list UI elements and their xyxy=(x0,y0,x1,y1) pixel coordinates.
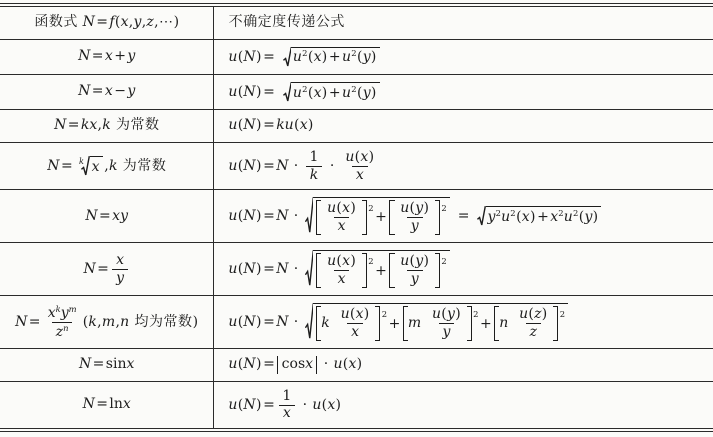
math-expression: N=xy xyxy=(83,261,129,277)
function-cell: N=x+y xyxy=(0,39,214,74)
header-row: 函数式 N=f(x,y,z,⋯) 不确定度传递公式 xyxy=(0,5,713,39)
function-cell: N= kx,k 为常数 xyxy=(0,142,214,189)
square-root-symbol xyxy=(305,197,314,235)
function-cell: N=kx,k 为常数 xyxy=(0,110,214,143)
math-expression: N= kx,k 为常数 xyxy=(47,158,166,174)
math-expression: N=xkymzn(k,m,n 均为常数) xyxy=(15,314,198,330)
math-expression: N=kx,k 为常数 xyxy=(54,117,159,133)
table-row: N=x+yu(N)= u2(x)+u2(y) xyxy=(0,39,713,74)
table-row: N=xkymzn(k,m,n 均为常数)u(N)=N · k u(x)x2+m … xyxy=(0,296,713,349)
table-row: N=lnxu(N)=1x · u(x) xyxy=(0,381,713,430)
formula-cell: u(N)=N · u(x)x2+u(y)y2 xyxy=(214,243,713,296)
table-row: N= kx,k 为常数u(N)=N · 1k · u(x)x xyxy=(0,142,713,189)
formula-cell: u(N)=N · k u(x)x2+m u(y)y2+n u(z)z2 xyxy=(214,296,713,349)
table-header: 函数式 N=f(x,y,z,⋯) 不确定度传递公式 xyxy=(0,5,713,39)
function-cell: N=xy xyxy=(0,243,214,296)
math-expression: u(N)= u2(x)+u2(y) xyxy=(228,49,381,65)
function-cell: N=lnx xyxy=(0,381,214,430)
formula-cell: u(N)= u2(x)+u2(y) xyxy=(214,39,713,74)
formula-cell: u(N)=1x · u(x) xyxy=(214,381,713,430)
table-row: N=kx,k 为常数u(N)=ku(x) xyxy=(0,110,713,143)
math-expression: u(N)=N · u(x)x2+u(y)y2 xyxy=(228,261,451,277)
formula-cell: u(N)=N · u(x)x2+u(y)y2 = y2u2(x)+x2u2(y) xyxy=(214,190,713,243)
math-expression: u(N)=1x · u(x) xyxy=(228,397,341,413)
math-expression: 函数式 N=f(x,y,z,⋯) xyxy=(34,14,179,30)
table-row: N=xyu(N)=N · u(x)x2+u(y)y2 = y2u2(x)+x2u… xyxy=(0,190,713,243)
square-root-symbol xyxy=(477,206,486,226)
formula-cell: u(N)=cosx · u(x) xyxy=(214,349,713,382)
square-root-symbol xyxy=(305,250,314,288)
function-cell: N=x−y xyxy=(0,74,214,109)
math-expression: N=x−y xyxy=(78,83,135,99)
math-expression: u(N)=ku(x) xyxy=(228,117,313,133)
function-cell: N=xy xyxy=(0,190,214,243)
header-formula-column: 不确定度传递公式 xyxy=(214,5,713,39)
formula-cell: u(N)= u2(x)+u2(y) xyxy=(214,74,713,109)
math-expression: N=sinx xyxy=(79,356,134,372)
square-root-symbol xyxy=(283,82,292,102)
function-cell: N=sinx xyxy=(0,349,214,382)
formula-cell: u(N)=N · 1k · u(x)x xyxy=(214,142,713,189)
math-expression: 不确定度传递公式 xyxy=(228,14,344,30)
math-expression: u(N)=N · u(x)x2+u(y)y2 = y2u2(x)+x2u2(y) xyxy=(228,208,602,224)
table-row: N=x−yu(N)= u2(x)+u2(y) xyxy=(0,74,713,109)
table-row: N=sinxu(N)=cosx · u(x) xyxy=(0,349,713,382)
formula-cell: u(N)=ku(x) xyxy=(214,110,713,143)
square-root-symbol xyxy=(305,303,314,341)
math-expression: u(N)= u2(x)+u2(y) xyxy=(228,84,381,100)
math-expression: N=lnx xyxy=(83,396,131,412)
square-root-symbol xyxy=(283,47,292,67)
math-expression: u(N)=N · k u(x)x2+m u(y)y2+n u(z)z2 xyxy=(228,314,569,330)
table-body: N=x+yu(N)= u2(x)+u2(y)N=x−yu(N)= u2(x)+u… xyxy=(0,39,713,430)
math-expression: N=x+y xyxy=(78,48,135,64)
math-expression: u(N)=N · 1k · u(x)x xyxy=(228,158,380,174)
header-function-column: 函数式 N=f(x,y,z,⋯) xyxy=(0,5,214,39)
math-expression: N=xy xyxy=(85,208,128,224)
table-row: N=xyu(N)=N · u(x)x2+u(y)y2 xyxy=(0,243,713,296)
function-cell: N=xkymzn(k,m,n 均为常数) xyxy=(0,296,214,349)
scanned-textbook-page: 函数式 N=f(x,y,z,⋯) 不确定度传递公式 N=x+yu(N)= u2(… xyxy=(0,0,713,432)
uncertainty-propagation-table: 函数式 N=f(x,y,z,⋯) 不确定度传递公式 N=x+yu(N)= u2(… xyxy=(0,3,713,432)
math-expression: u(N)=cosx · u(x) xyxy=(228,356,362,372)
